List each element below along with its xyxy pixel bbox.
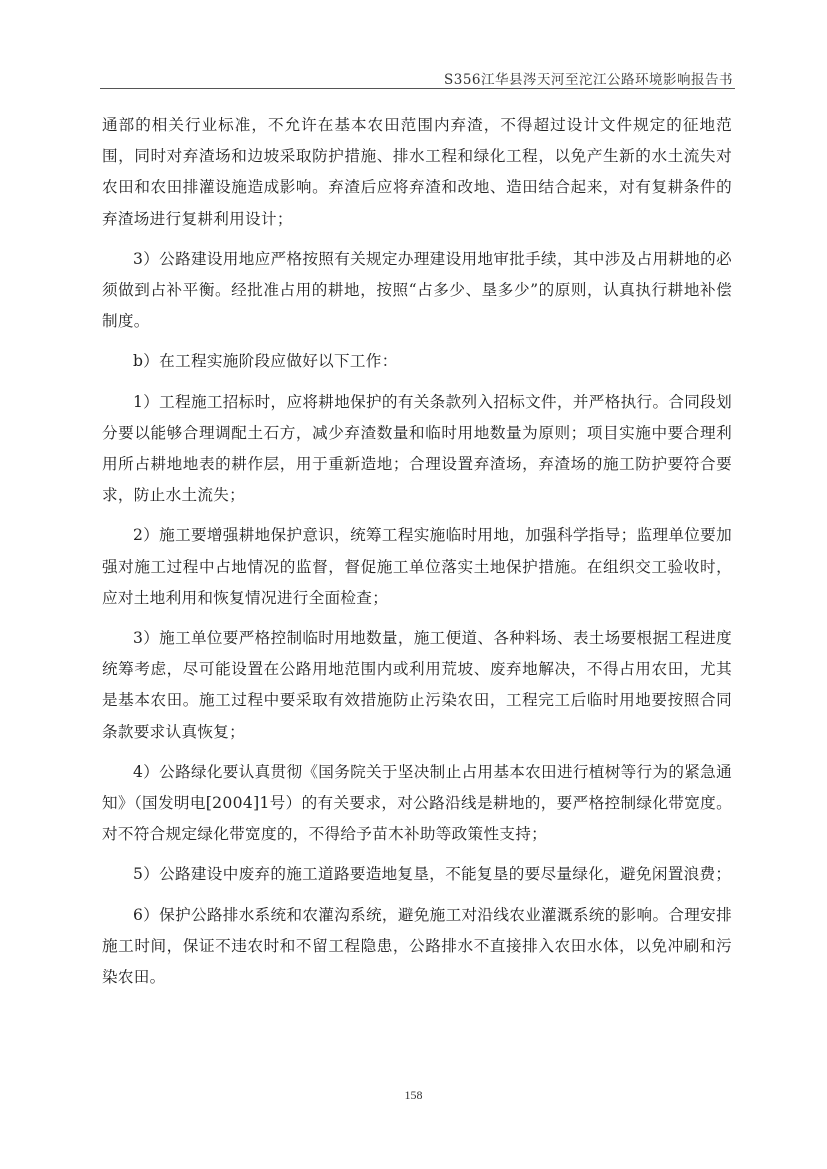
body-text: 通部的相关行业标准，不允许在基本农田范围内弃渣，不得超过设计文件规定的征地范围，… xyxy=(102,110,732,1002)
page-number: 158 xyxy=(0,1088,827,1103)
paragraph: 6）保护公路排水系统和农灌沟系统，避免施工对沿线农业灌溉系统的影响。合理安排施工… xyxy=(102,900,732,994)
document-title: S356江华县涔天河至沱江公路环境影响报告书 xyxy=(444,68,733,88)
paragraph: b）在工程实施阶段应做好以下工作： xyxy=(102,346,732,377)
paragraph: 5）公路建设中废弃的施工道路要造地复垦，不能复垦的要尽量绿化，避免闲置浪费； xyxy=(102,859,732,890)
paragraph: 通部的相关行业标准，不允许在基本农田范围内弃渣，不得超过设计文件规定的征地范围，… xyxy=(102,110,732,235)
paragraph: 3）公路建设用地应严格按照有关规定办理建设用地审批手续，其中涉及占用耕地的必须做… xyxy=(102,244,732,338)
paragraph: 1）工程施工招标时，应将耕地保护的有关条款列入招标文件，并严格执行。合同段划分要… xyxy=(102,387,732,512)
page-header: S356江华县涔天河至沱江公路环境影响报告书 xyxy=(100,66,735,89)
paragraph: 4）公路绿化要认真贯彻《国务院关于坚决制止占用基本农田进行植树等行为的紧急通知》… xyxy=(102,757,732,851)
paragraph: 2）施工要增强耕地保护意识，统筹工程实施临时用地，加强科学指导；监理单位要加强对… xyxy=(102,520,732,614)
paragraph: 3）施工单位要严格控制临时用地数量，施工便道、各种料场、表土场要根据工程进度统筹… xyxy=(102,623,732,748)
